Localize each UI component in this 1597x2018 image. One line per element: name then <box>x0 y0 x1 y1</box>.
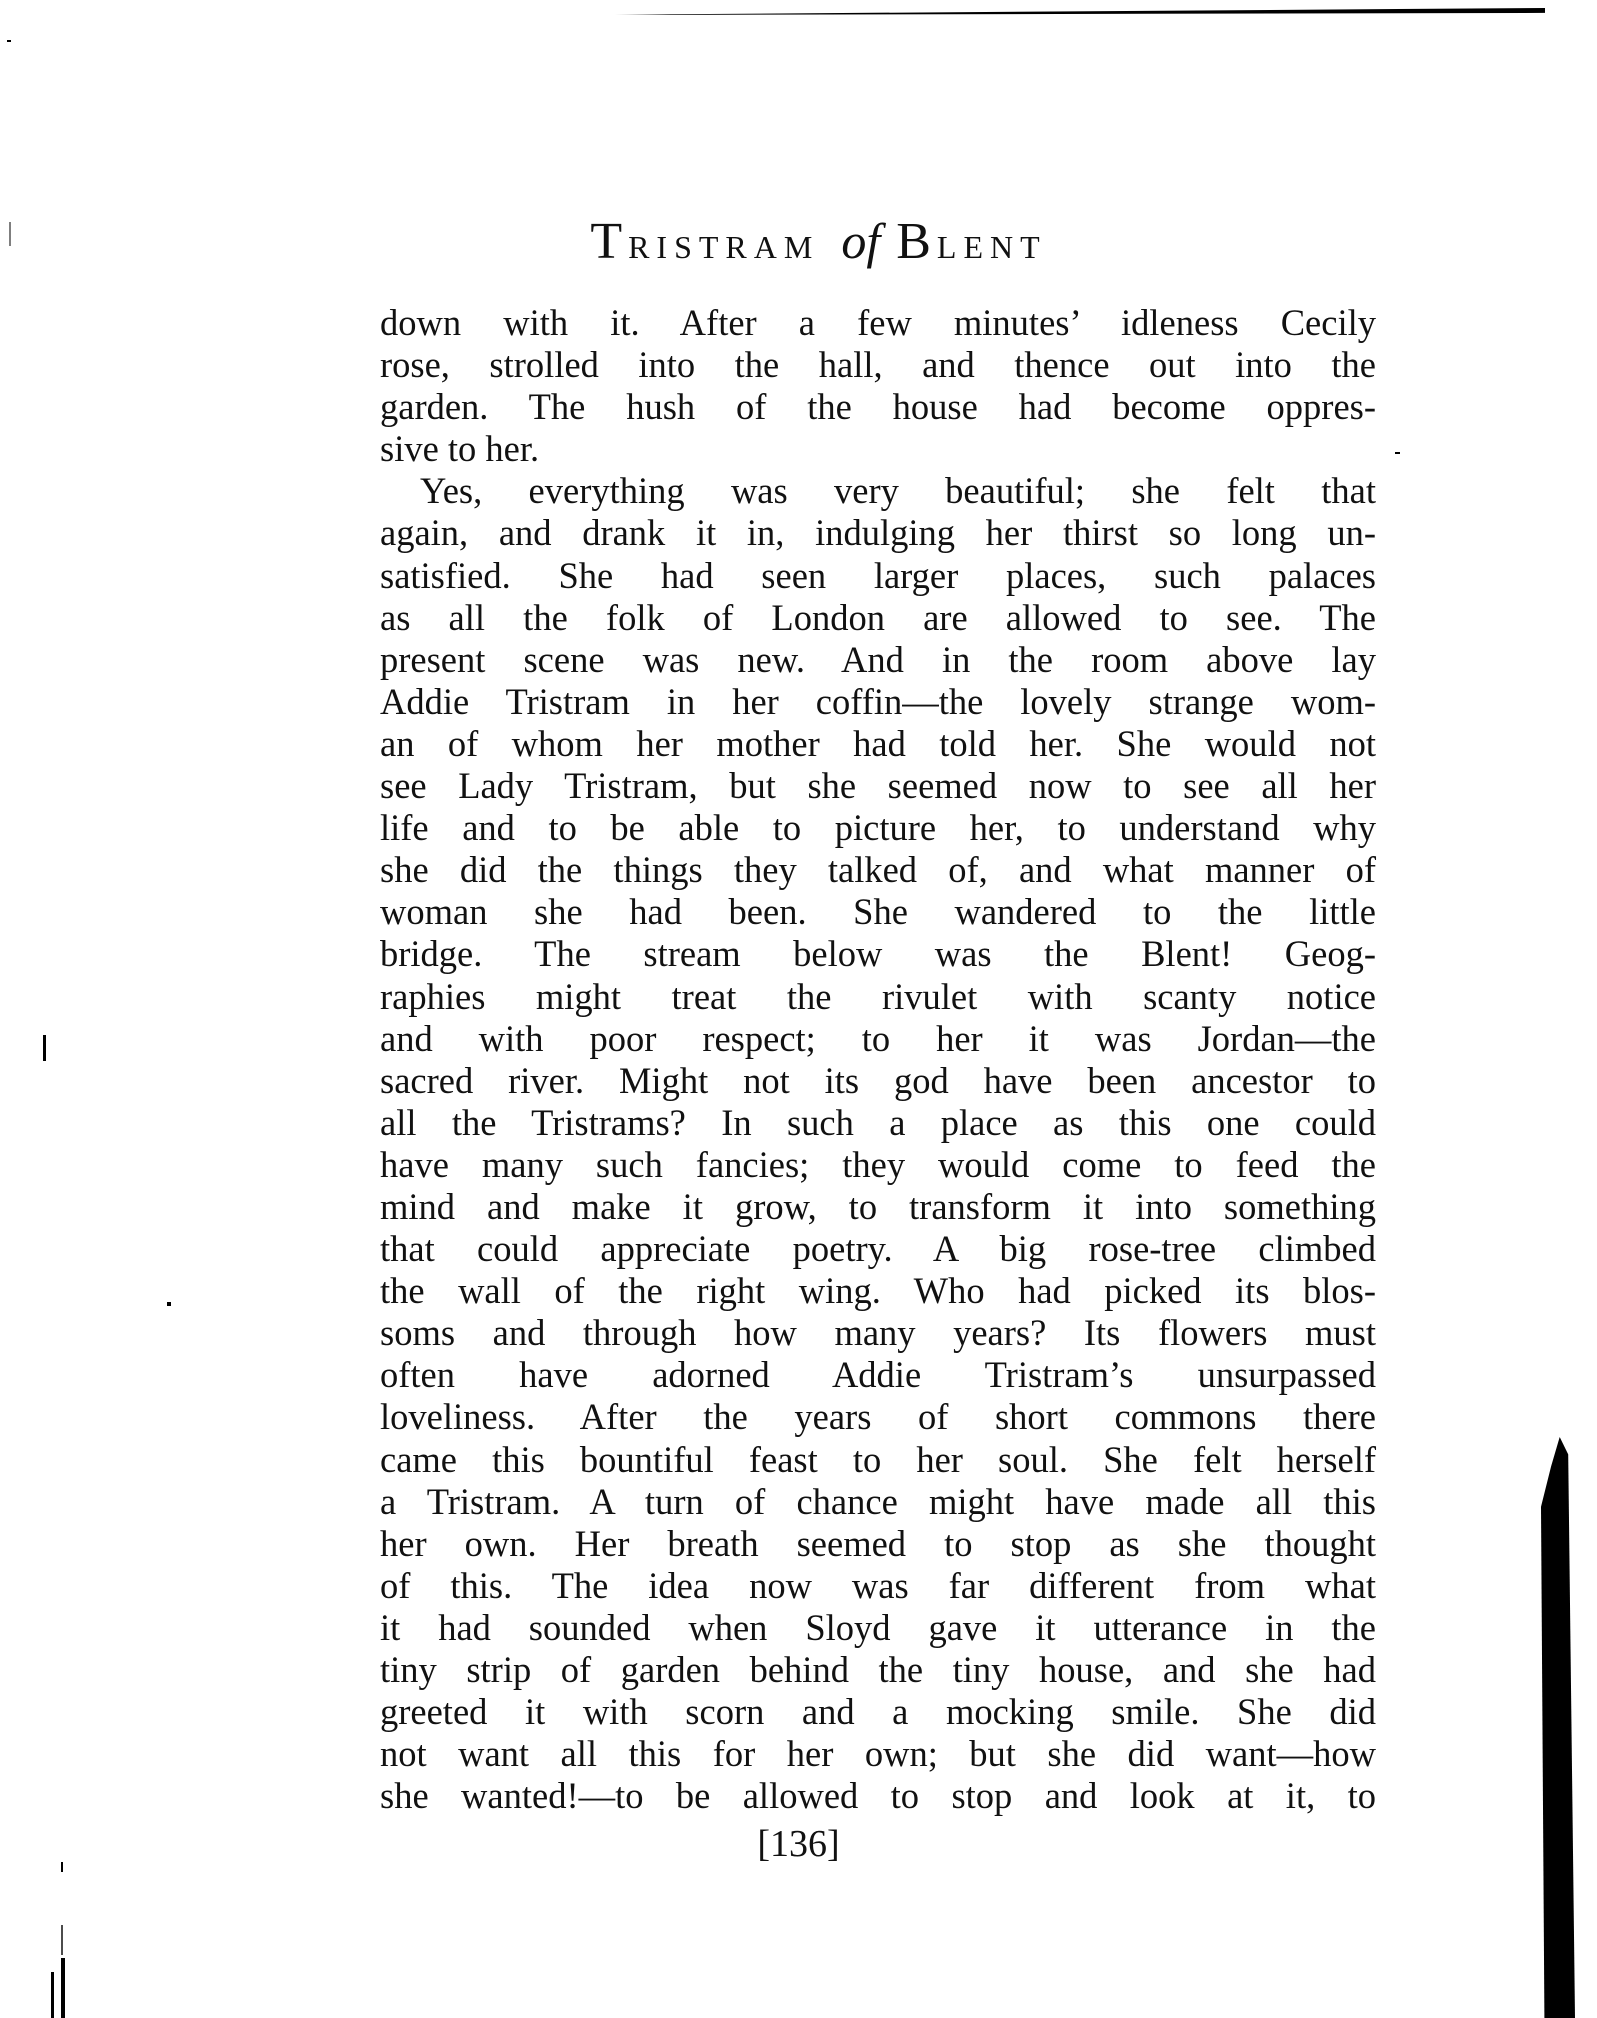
text-line: she wanted!—to be allowed to stop and lo… <box>380 1775 1376 1817</box>
page-number: [136] <box>0 1822 1597 1866</box>
text-line: raphies might treat the rivulet with sca… <box>380 976 1376 1018</box>
text-line: present scene was new. And in the room a… <box>380 639 1376 681</box>
text-line: a Tristram. A turn of chance might have … <box>380 1481 1376 1523</box>
text-line: bridge. The stream below was the Blent! … <box>380 933 1376 975</box>
text-line: tiny strip of garden behind the tiny hou… <box>380 1649 1376 1691</box>
text-line: an of whom her mother had told her. She … <box>380 723 1376 765</box>
scan-edge-rule <box>615 8 1545 15</box>
running-head-word-1: RISTRAM <box>628 229 819 265</box>
text-line: sive to her. <box>380 428 1376 470</box>
text-line: life and to be able to picture her, to u… <box>380 807 1376 849</box>
running-head-word-2: LENT <box>937 229 1047 265</box>
text-line: that could appreciate poetry. A big rose… <box>380 1228 1376 1270</box>
text-line: have many such fancies; they would come … <box>380 1144 1376 1186</box>
scan-speck <box>1395 452 1400 454</box>
running-head-initial-2: B <box>896 213 937 270</box>
text-line: Yes, everything was very beautiful; she … <box>380 470 1376 512</box>
text-line: woman she had been. She wandered to the … <box>380 891 1376 933</box>
scan-speck <box>167 1302 171 1306</box>
text-line: down with it. After a few minutes’ idlen… <box>380 302 1376 344</box>
book-page: TRISTRAMofBLENT down with it. After a fe… <box>0 0 1597 2018</box>
text-line: greeted it with scorn and a mocking smil… <box>380 1691 1376 1733</box>
text-line: she did the things they talked of, and w… <box>380 849 1376 891</box>
text-line: came this bountiful feast to her soul. S… <box>380 1439 1376 1481</box>
running-head-connector: of <box>841 213 880 269</box>
text-line: often have adorned Addie Tristram’s unsu… <box>380 1354 1376 1396</box>
scan-speck <box>61 1958 65 2018</box>
text-line: not want all this for her own; but she d… <box>380 1733 1376 1775</box>
text-line: loveliness. After the years of short com… <box>380 1396 1376 1438</box>
text-line: Addie Tristram in her coffin—the lovely … <box>380 681 1376 723</box>
scan-speck <box>9 222 11 246</box>
text-line: mind and make it grow, to transform it i… <box>380 1186 1376 1228</box>
scan-speck <box>43 1035 46 1061</box>
text-line: it had sounded when Sloyd gave it uttera… <box>380 1607 1376 1649</box>
text-line: see Lady Tristram, but she seemed now to… <box>380 765 1376 807</box>
text-line: satisfied. She had seen larger places, s… <box>380 555 1376 597</box>
scan-speck <box>61 1925 63 1955</box>
text-line: as all the folk of London are allowed to… <box>380 597 1376 639</box>
running-head-initial-1: T <box>590 213 628 270</box>
scan-speck <box>61 1862 63 1872</box>
text-line: of this. The idea now was far different … <box>380 1565 1376 1607</box>
text-line: her own. Her breath seemed to stop as sh… <box>380 1523 1376 1565</box>
text-line: the wall of the right wing. Who had pick… <box>380 1270 1376 1312</box>
text-line: rose, strolled into the hall, and thence… <box>380 344 1376 386</box>
text-line: all the Tristrams? In such a place as th… <box>380 1102 1376 1144</box>
running-head: TRISTRAMofBLENT <box>0 212 1597 271</box>
scan-speck <box>7 40 11 42</box>
text-line: sacred river. Might not its god have bee… <box>380 1060 1376 1102</box>
text-line: soms and through how many years? Its flo… <box>380 1312 1376 1354</box>
body-text: down with it. After a few minutes’ idlen… <box>380 302 1376 1817</box>
text-line: and with poor respect; to her it was Jor… <box>380 1018 1376 1060</box>
text-line: again, and drank it in, indulging her th… <box>380 512 1376 554</box>
scan-edge-shadow <box>1541 1437 1575 2018</box>
text-line: garden. The hush of the house had become… <box>380 386 1376 428</box>
scan-speck <box>51 1972 54 2018</box>
